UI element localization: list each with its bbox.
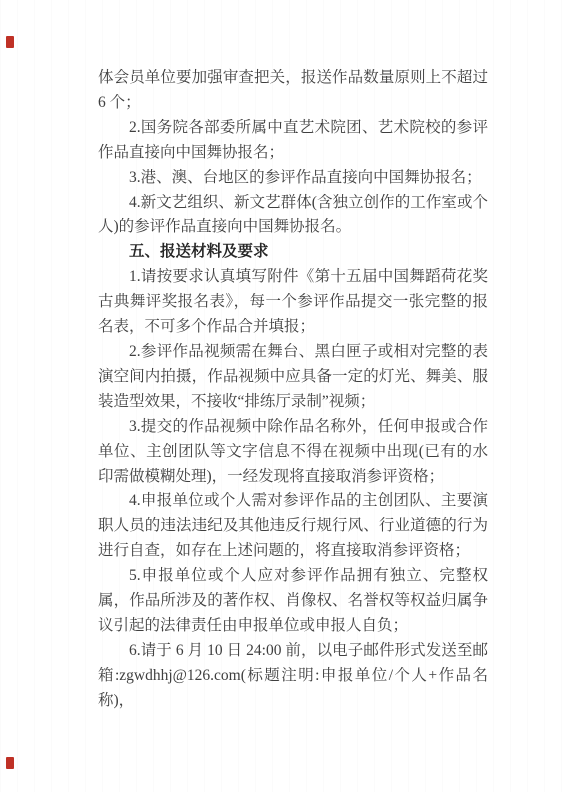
paragraph-req-1: 1.请按要求认真填写附件《第十五届中国舞蹈荷花奖古典舞评奖报名表》，每一个参评作…	[98, 265, 488, 340]
paragraph-continuation: 体会员单位要加强审查把关，报送作品数量原则上不超过 6 个；	[98, 66, 488, 116]
paragraph-item-3: 3.港、澳、台地区的参评作品直接向中国舞协报名；	[98, 166, 488, 191]
paragraph-req-3: 3.提交的作品视频中除作品名称外，任何申报或合作单位、主创团队等文字信息不得在视…	[98, 415, 488, 490]
paragraph-item-2: 2.国务院各部委所属中直艺术院团、艺术院校的参评作品直接向中国舞协报名；	[98, 116, 488, 166]
section-heading: 五、报送材料及要求	[98, 240, 488, 265]
paragraph-req-6: 6.请于 6 月 10 日 24:00 前，以电子邮件形式发送至邮箱:zgwdh…	[98, 639, 488, 714]
paragraph-req-5: 5.申报单位或个人应对参评作品拥有独立、完整权属，作品所涉及的著作权、肖像权、名…	[98, 564, 488, 639]
document-page: 体会员单位要加强审查把关，报送作品数量原则上不超过 6 个； 2.国务院各部委所…	[0, 0, 577, 792]
paragraph-req-2: 2.参评作品视频需在舞台、黑白匣子或相对完整的表演空间内拍摄，作品视频中应具备一…	[98, 340, 488, 415]
document-body: 体会员单位要加强审查把关，报送作品数量原则上不超过 6 个； 2.国务院各部委所…	[98, 66, 488, 714]
paragraph-item-4: 4.新文艺组织、新文艺群体(含独立创作的工作室或个人)的参评作品直接向中国舞协报…	[98, 191, 488, 241]
paragraph-req-4: 4.申报单位或个人需对参评作品的主创团队、主要演职人员的违法违纪及其他违反行规行…	[98, 489, 488, 564]
red-edge-marker-bottom	[6, 757, 14, 769]
red-edge-marker-top	[6, 36, 14, 48]
